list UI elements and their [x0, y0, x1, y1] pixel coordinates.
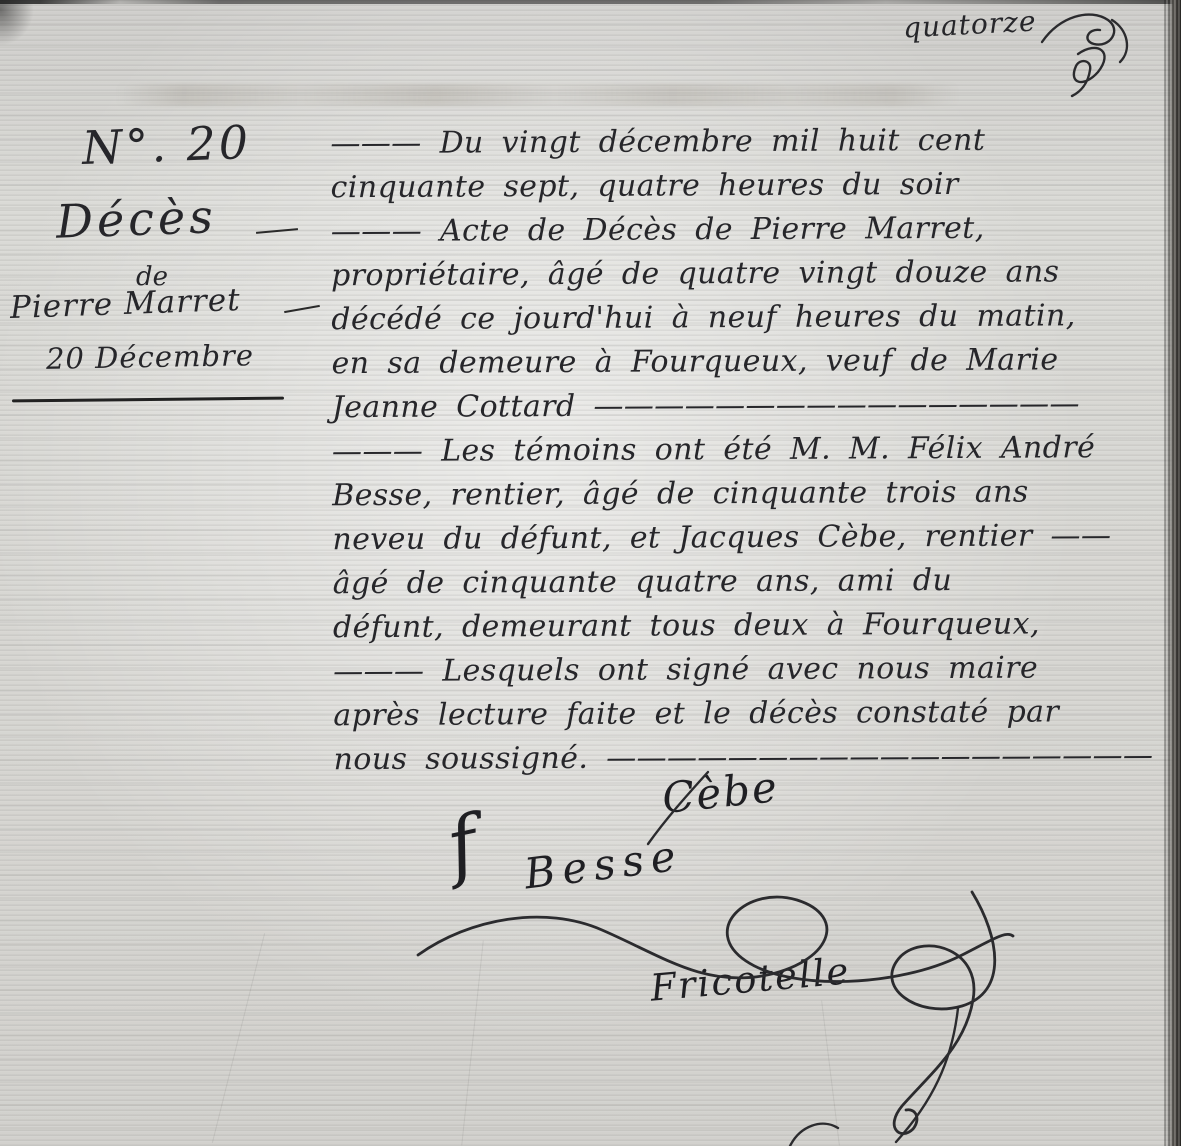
handwritten-line: décédé ce jourd'hui à neuf heures du mat… — [331, 294, 1176, 342]
handwritten-line: âgé de cinquante quatre ans, ami du — [333, 558, 1178, 606]
margin-act-type: Décès — [55, 189, 217, 249]
handwritten-line: cinquante sept, quatre heures du soir — [331, 162, 1176, 210]
margin-act-date: 20 Décembre — [46, 338, 255, 376]
paper-crease — [461, 941, 484, 1146]
handwritten-line: neveu du défunt, et Jacques Cèbe, rentie… — [332, 514, 1177, 562]
corner-smudge — [0, 0, 34, 46]
handwritten-line: Jeanne Cottard ———————————————— — [332, 382, 1177, 430]
bleed-through-band — [115, 84, 960, 106]
handwritten-line: propriétaire, âgé de quatre vingt douze … — [331, 250, 1176, 298]
page-annotation: quatorze — [902, 5, 1037, 45]
paper-crease — [821, 1000, 840, 1145]
margin-deceased-name: Pierre Marret — [9, 282, 241, 326]
death-record-scan: N°. 20 Décès de Pierre Marret 20 Décembr… — [0, 0, 1181, 1146]
annotation-paraph — [1072, 48, 1105, 96]
fricotelle-descender — [896, 1008, 958, 1142]
margin-act-number: N°. 20 — [81, 115, 252, 175]
handwritten-line: ——— Du vingt décembre mil huit cent — [330, 118, 1175, 166]
annotation-flourish — [1042, 15, 1127, 62]
binding-edge — [1164, 0, 1181, 1146]
handwritten-line: après lecture faite et le décès constaté… — [333, 690, 1178, 738]
margin-dash — [284, 305, 320, 313]
handwritten-line: Besse, rentier, âgé de cinquante trois a… — [332, 470, 1177, 518]
signature-witness-besse-initial: f — [439, 798, 485, 891]
act-body: ——— Du vingt décembre mil huit centcinqu… — [330, 118, 1178, 782]
handwritten-line: en sa demeure à Fourqueux, veuf de Marie — [331, 338, 1176, 386]
handwritten-line: ——— Les témoins ont été M. M. Félix Andr… — [332, 426, 1177, 474]
handwritten-line: ——— Acte de Décès de Pierre Marret, — [331, 206, 1176, 254]
margin-dash — [256, 228, 298, 234]
margin-separator-rule — [12, 397, 284, 403]
paper-crease — [212, 933, 265, 1143]
bottom-tail-stroke — [790, 1124, 838, 1146]
scan-top-edge — [0, 0, 1181, 4]
fricotelle-paraph — [892, 892, 995, 1134]
handwritten-line: ——— Lesquels ont signé avec nous maire — [333, 646, 1178, 694]
handwritten-line: défunt, demeurant tous deux à Fourqueux, — [333, 602, 1178, 650]
signature-witness-besse: Besse — [522, 831, 685, 899]
